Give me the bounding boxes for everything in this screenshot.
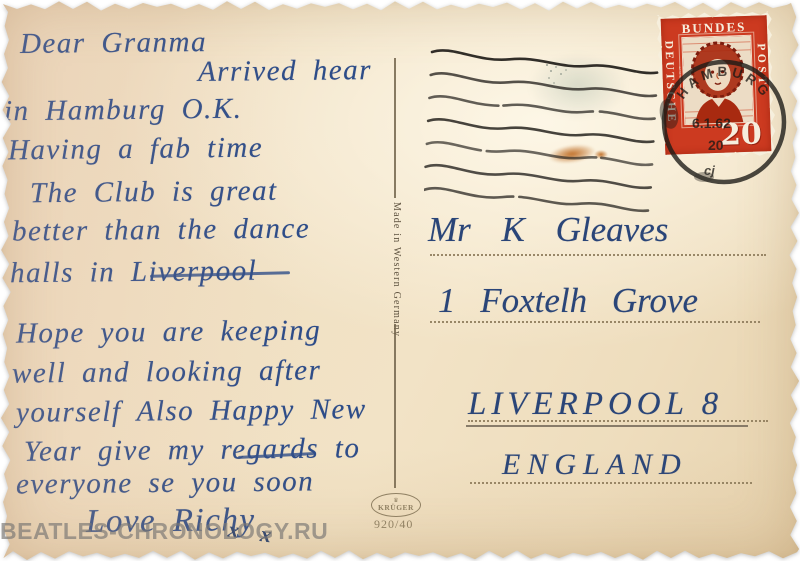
- address-line: ENGLAND: [502, 448, 688, 482]
- address-line: 1 Foxtelh Grove: [438, 281, 698, 321]
- address-line: Mr K Gleaves: [428, 210, 668, 250]
- divider-line-top: [394, 58, 396, 198]
- address-dotted-line: [468, 420, 768, 422]
- postcard: Dear Granma Arrived hear in Hamburg O.K.…: [0, 0, 800, 561]
- message-line: Dear Granma: [20, 26, 207, 61]
- publisher-name: KRÜGER: [378, 503, 414, 512]
- postcard-photo: Dear Granma Arrived hear in Hamburg O.K.…: [0, 0, 800, 561]
- postmark-code: cj: [704, 163, 715, 178]
- address-dotted-line: [430, 254, 766, 256]
- postmark-town: HAMBURG: [674, 64, 775, 102]
- message-line: Year give my regards to: [24, 432, 361, 469]
- publisher-logo: ♛ KRÜGER: [371, 493, 421, 517]
- address-dotted-line: [470, 482, 752, 484]
- divider-line-bottom: [394, 324, 396, 488]
- postmark-date: 6.1.62: [692, 115, 731, 131]
- message-line: in Hamburg O.K.: [4, 93, 243, 128]
- message-line: better than the dance: [12, 212, 310, 248]
- address-dotted-line: [430, 321, 760, 323]
- message-line: The Club is great: [30, 175, 278, 211]
- message-line: Arrived hear: [198, 54, 372, 89]
- postmark-hour: 20: [708, 137, 724, 153]
- address-underline: [466, 425, 748, 427]
- watermark: BEATLES-CHRONOLOGY.RU: [0, 518, 328, 545]
- address-line: LIVERPOOL 8: [468, 386, 723, 423]
- cancellation-wavy-lines: [424, 38, 674, 218]
- publisher-number: 920/40: [374, 517, 413, 532]
- svg-text:HAMBURG: HAMBURG: [674, 64, 775, 102]
- made-in-note: Made in Western Germany: [388, 202, 402, 320]
- message-line: well and looking after: [12, 354, 322, 390]
- message-line: yourself Also Happy New: [16, 393, 367, 430]
- message-line: Hope you are keeping: [16, 314, 322, 350]
- message-line: Having a fab time: [8, 132, 263, 168]
- postmark: HAMBURG 6.1.62 20 cj: [652, 48, 800, 200]
- message-line: everyone se you soon: [16, 465, 315, 501]
